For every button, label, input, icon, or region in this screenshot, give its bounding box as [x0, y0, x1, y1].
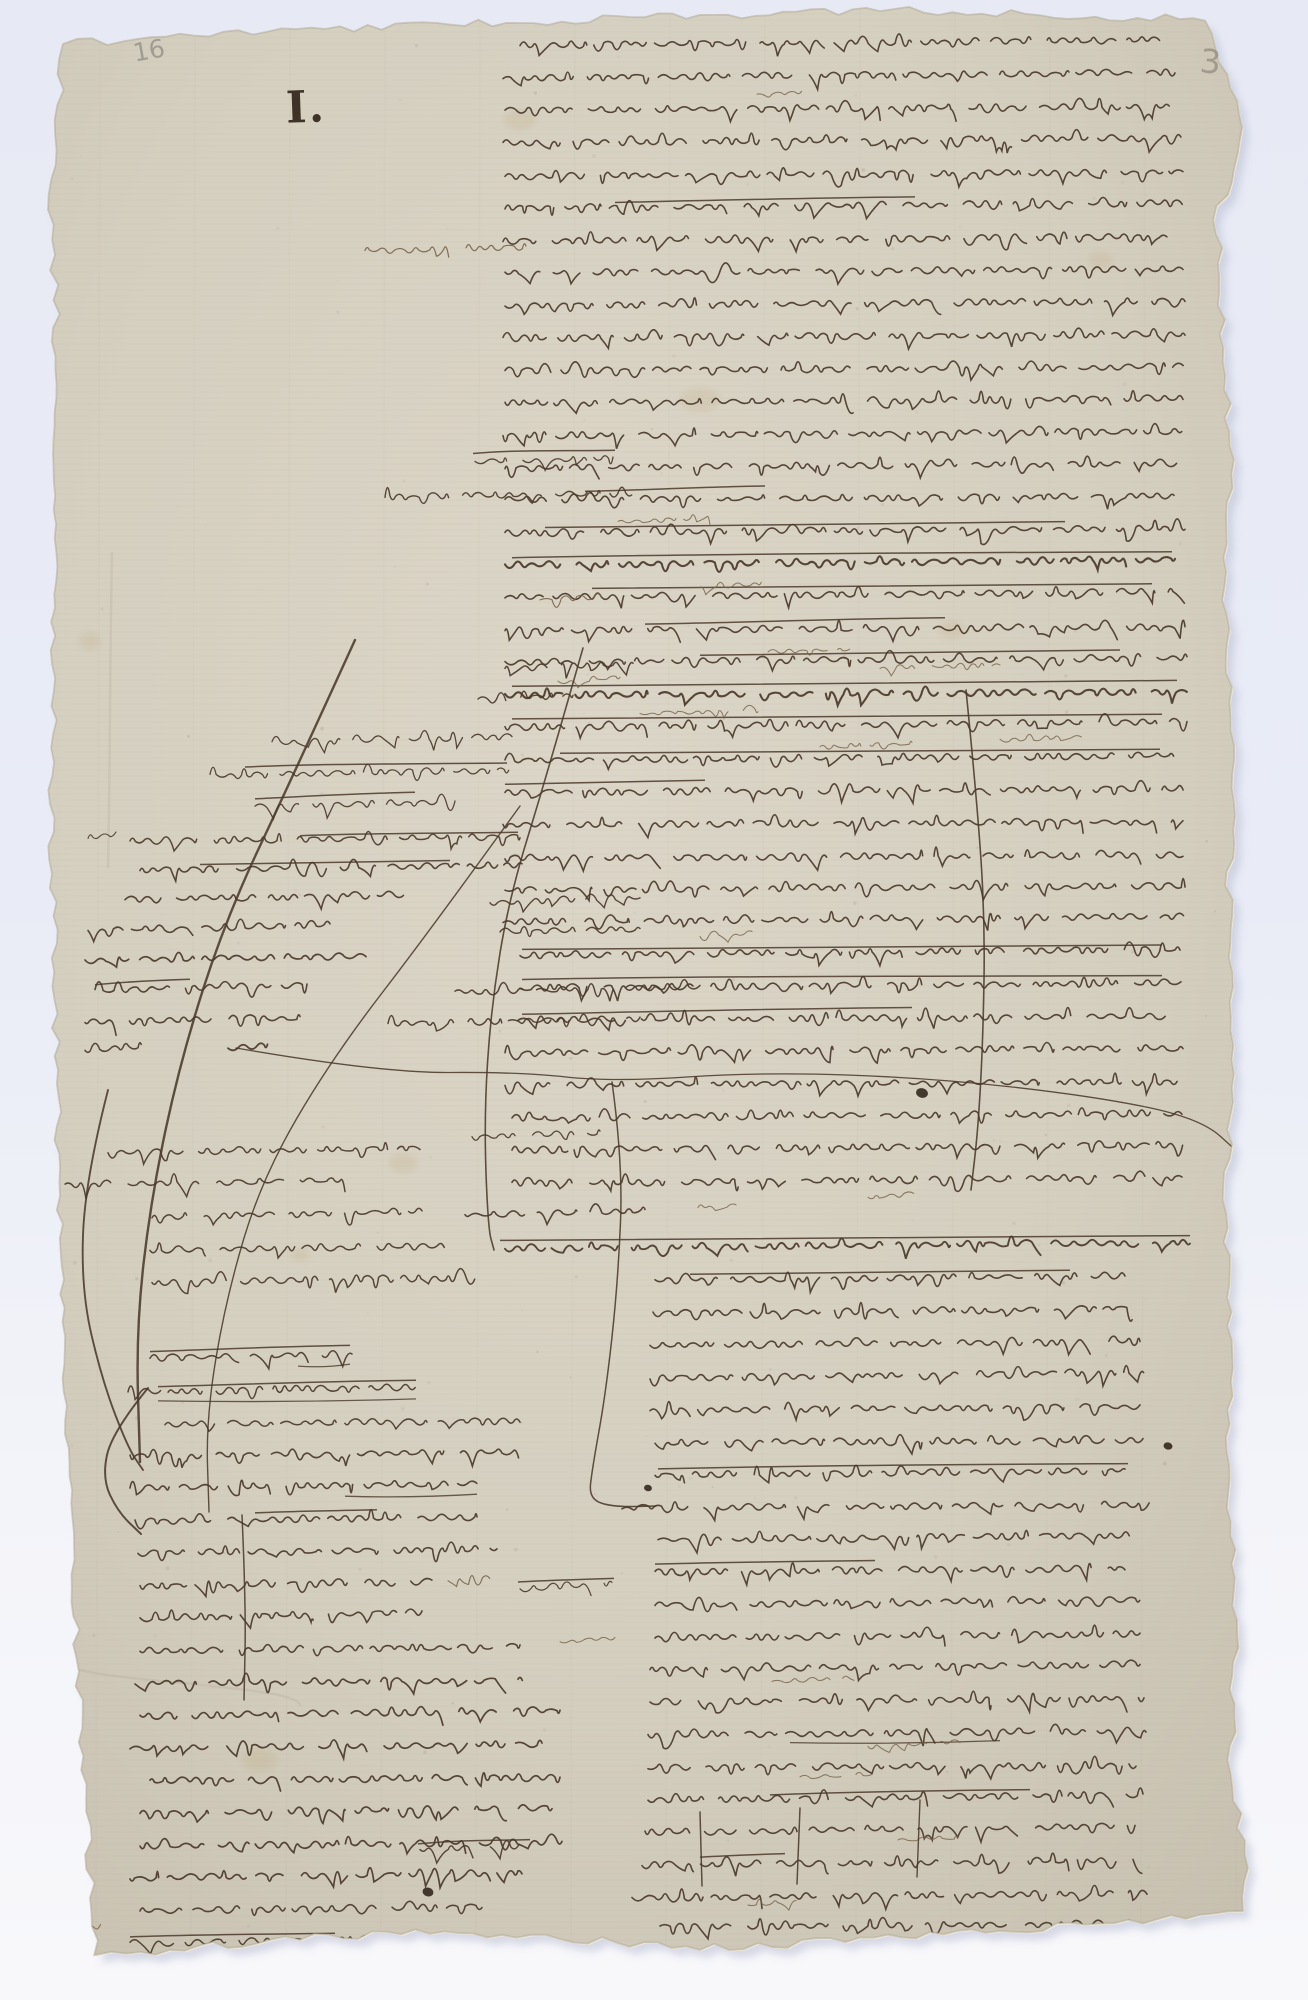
- section-heading: I.: [285, 81, 327, 133]
- scan-backdrop: 16 3 I.: [0, 0, 1308, 2000]
- paper-sheet: [48, 7, 1248, 1955]
- page-number-pencil: 16: [131, 33, 167, 67]
- manuscript-page-scan: [0, 0, 1308, 2000]
- page-number-corner: 3: [1198, 41, 1222, 82]
